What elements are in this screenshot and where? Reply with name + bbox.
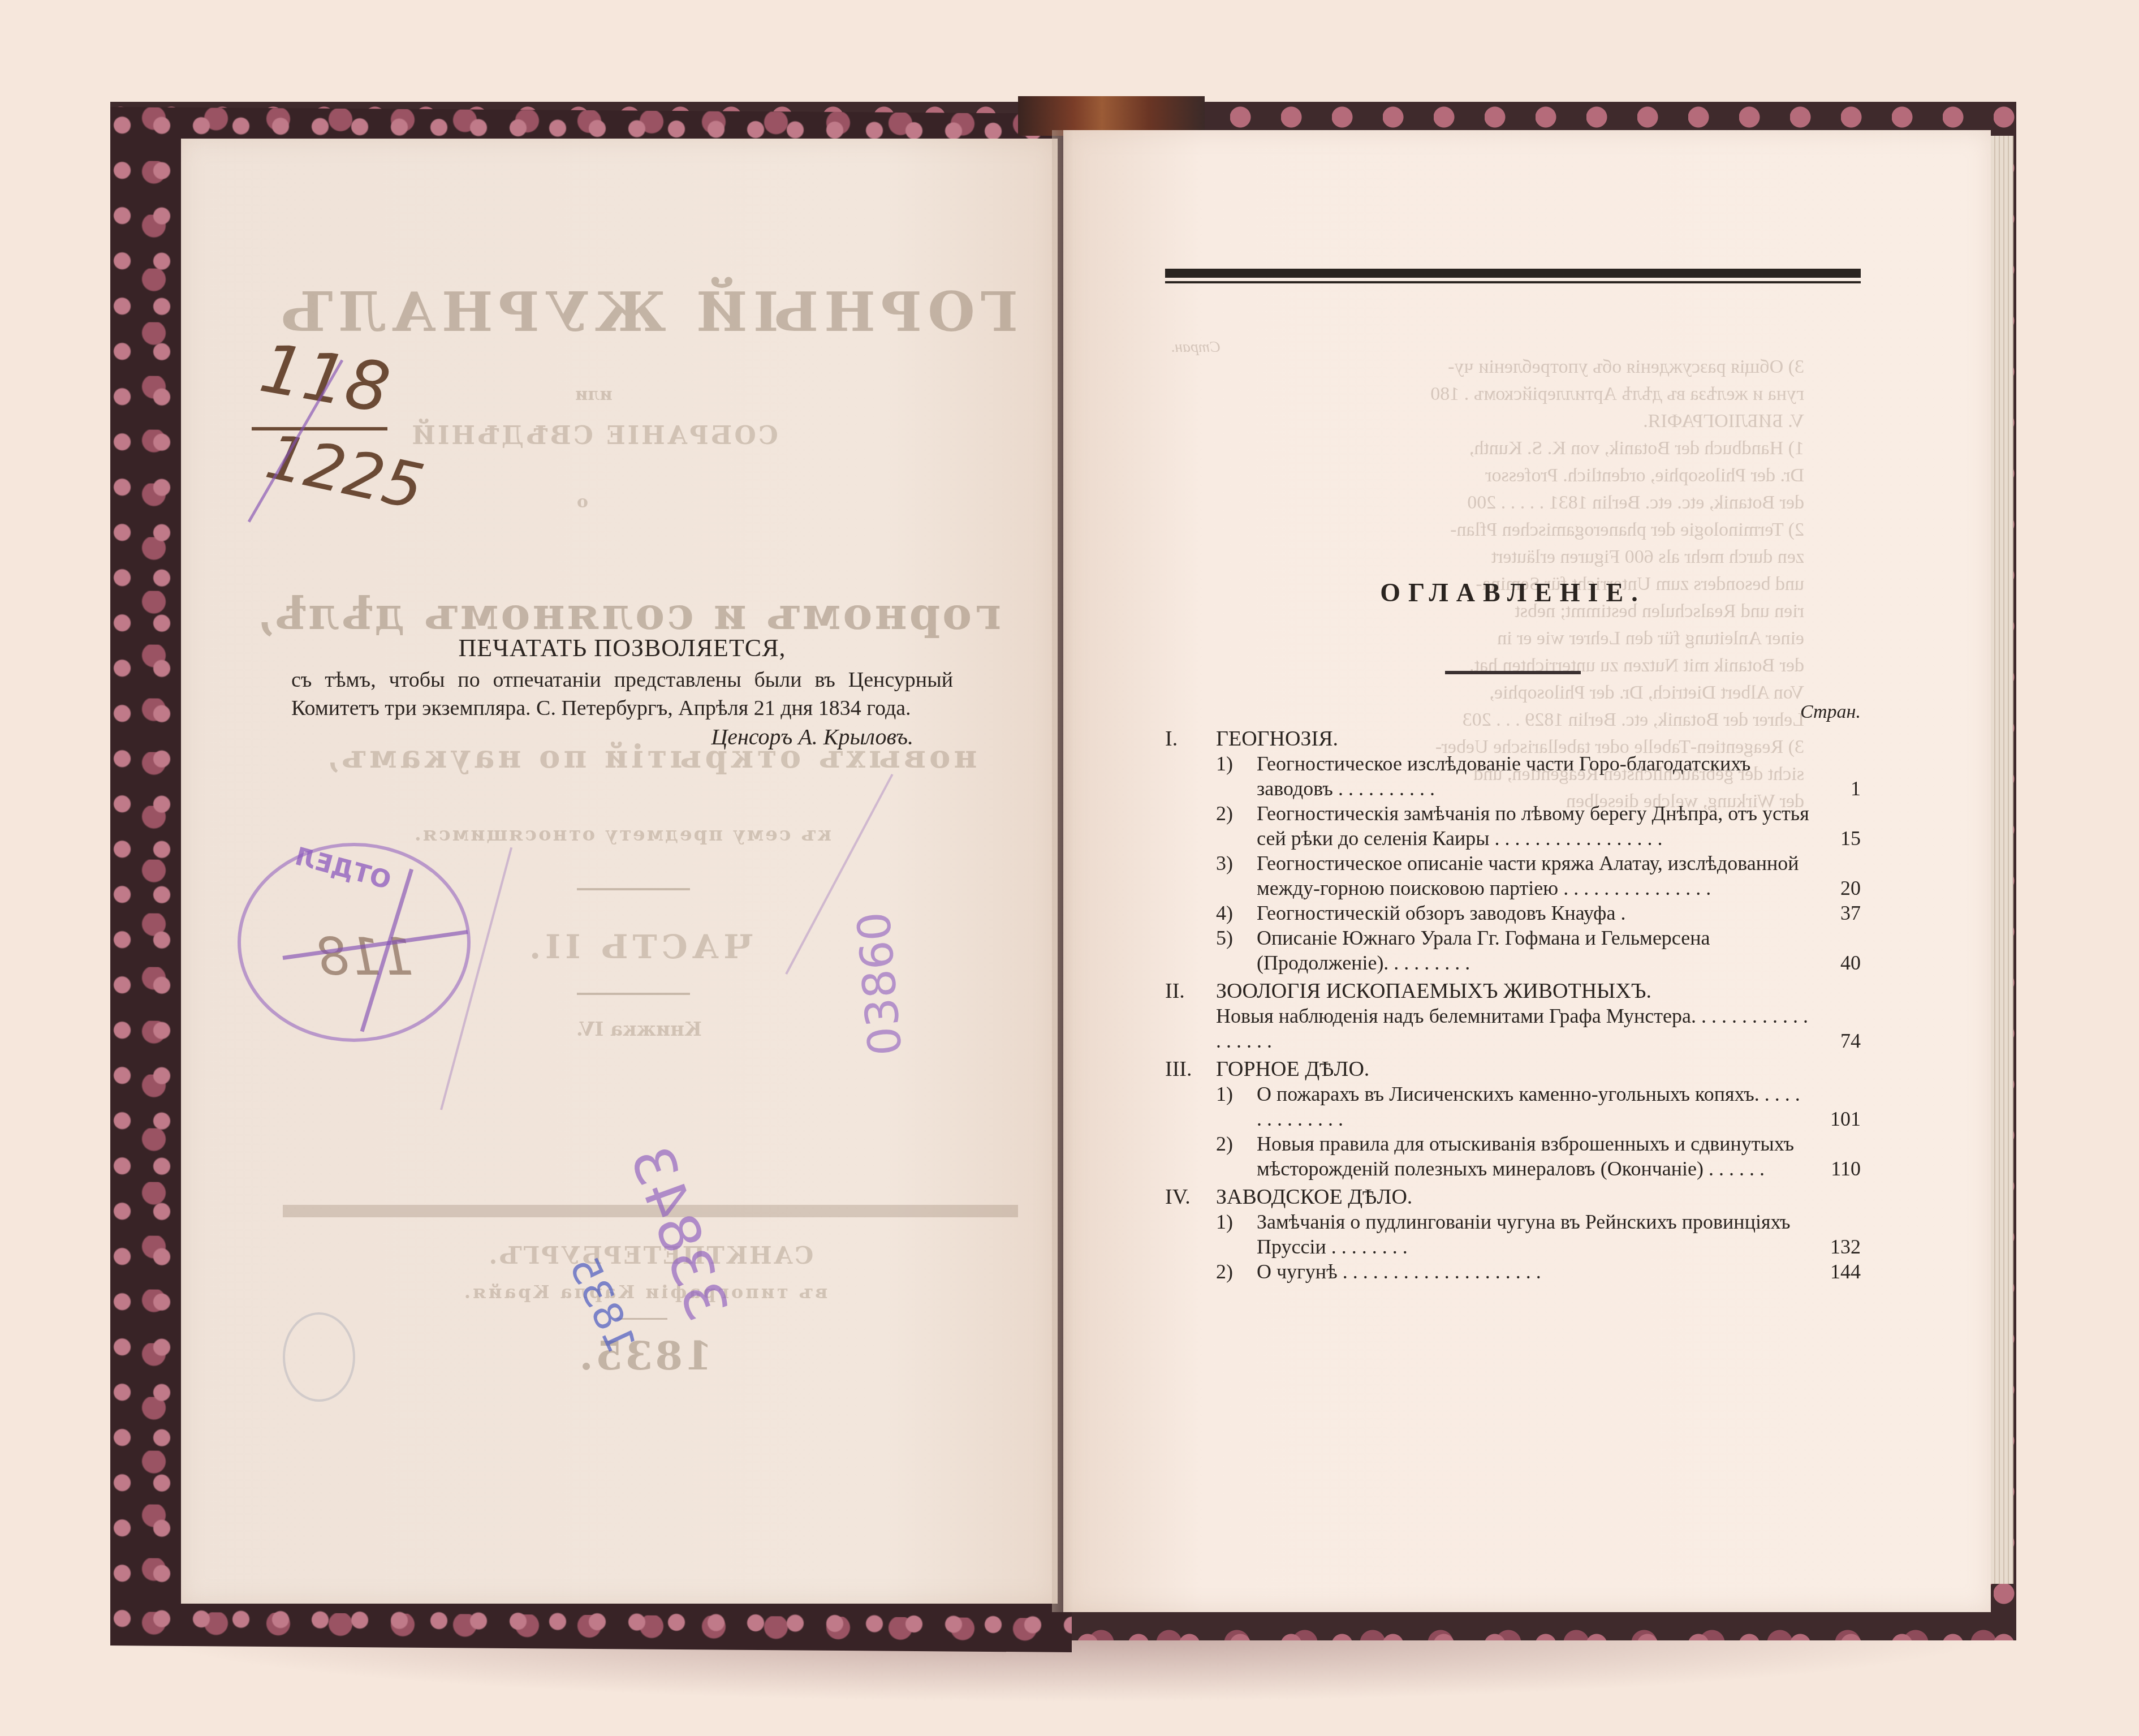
- entry-title: Описаніе Южнаго Урала Гг. Гофмана и Гель…: [1257, 925, 1810, 975]
- section-title: ЗООЛОГІЯ ИСКОПАЕМЫХЪ ЖИВОТНЫХЪ.: [1216, 979, 1651, 1003]
- toc-section: I. ГЕОГНОЗІЯ.: [1165, 726, 1861, 751]
- entry-number: 1): [1216, 751, 1257, 776]
- page-edges: [1991, 136, 2013, 1584]
- entry-page: 40: [1810, 950, 1861, 975]
- entry-title: О пожарахъ въ Лисиченскихъ каменно-уголь…: [1257, 1082, 1810, 1131]
- bleed-subject: горномъ и соляномъ дѣлѣ,: [266, 588, 1001, 640]
- toc-entry: 3) Геогностическое описаніе части кряжа …: [1165, 851, 1861, 901]
- bleed-title: ГОРНЫЙ ЖУРНАЛЪ: [283, 280, 1018, 344]
- bleed-about: о: [554, 492, 611, 512]
- entry-number: 2): [1216, 1259, 1257, 1284]
- entry-number: 1): [1216, 1082, 1257, 1106]
- toc-entry: 5) Описаніе Южнаго Урала Гг. Гофмана и Г…: [1165, 925, 1861, 975]
- bleed-part: ЧАСТЬ II.: [520, 928, 758, 966]
- section-numeral: II.: [1165, 979, 1216, 1003]
- entry-number: 3): [1216, 851, 1257, 876]
- header-rule-thick: [1165, 269, 1861, 278]
- entry-page: 37: [1810, 901, 1861, 925]
- toc-section: II. ЗООЛОГІЯ ИСКОПАЕМЫХЪ ЖИВОТНЫХЪ.: [1165, 979, 1861, 1003]
- toc-section: III. ГОРНОЕ ДѢЛО.: [1165, 1057, 1861, 1082]
- section-numeral: III.: [1165, 1057, 1216, 1082]
- entry-page: 74: [1810, 1028, 1861, 1053]
- toc-entry: 2) О чугунѣ . . . . . . . . . . . . . . …: [1165, 1259, 1861, 1284]
- toc-heading: ОГЛАВЛЕНІЕ.: [1165, 578, 1861, 608]
- entry-title: Замѣчанія о пудлингованіи чугуна въ Рейн…: [1257, 1209, 1810, 1259]
- toc-entry: 4) Геогностическій обзоръ заводовъ Кнауф…: [1165, 901, 1861, 925]
- bleed-book: Книжка IV.: [554, 1018, 724, 1041]
- entry-title: Геогностическія замѣчанія по лѣвому бере…: [1257, 801, 1810, 851]
- bleed-related: къ сему предмету относящимся.: [396, 823, 848, 846]
- censor-approval: ПЕЧАТАТЬ ПОЗВОЛЯЕТСЯ, съ тѣмъ, чтобы по …: [291, 634, 953, 750]
- toc-heading-underline: [1445, 671, 1581, 674]
- bleed-rule-2: [577, 993, 690, 995]
- entry-number: 2): [1216, 801, 1257, 826]
- censor-title: ПЕЧАТАТЬ ПОЗВОЛЯЕТСЯ,: [291, 634, 953, 662]
- entry-title: О чугунѣ . . . . . . . . . . . . . . . .…: [1257, 1259, 1810, 1284]
- entry-title: Геогностическое описаніе части кряжа Ала…: [1257, 851, 1810, 901]
- table-of-contents: ОГЛАВЛЕНІЕ. Стран. I. ГЕОГНОЗІЯ. 1) Геог…: [1165, 269, 1861, 1284]
- gutter: [1052, 130, 1075, 1612]
- entry-title: Новыя наблюденія надъ белемнитами Графа …: [1216, 1003, 1810, 1053]
- section-title: ГЕОГНОЗІЯ.: [1216, 726, 1338, 751]
- toc-entry: 1) Геогностическое изслѣдованіе части Го…: [1165, 751, 1861, 801]
- entry-page: 1: [1810, 776, 1861, 801]
- pages-column-label: Стран.: [1165, 701, 1861, 723]
- toc-entry: 1) Замѣчанія о пудлингованіи чугуна въ Р…: [1165, 1209, 1861, 1259]
- bleed-printer: въ типографіи Карла Крайя.: [419, 1281, 871, 1303]
- header-rule-thin: [1165, 281, 1861, 283]
- entry-title: Геогностическое изслѣдованіе части Горо-…: [1257, 751, 1810, 801]
- section-title: ЗАВОДСКОЕ ДѢЛО.: [1216, 1184, 1412, 1209]
- stamp-number: 118: [317, 928, 414, 987]
- bleed-subtitle: СОБРАНІЕ СВѢДѢНІЙ: [396, 421, 792, 450]
- entry-page: 144: [1810, 1259, 1861, 1284]
- entry-number: 1): [1216, 1209, 1257, 1234]
- entry-page: 101: [1810, 1106, 1861, 1131]
- entry-page: 132: [1810, 1234, 1861, 1259]
- toc-section: IV. ЗАВОДСКОЕ ДѢЛО.: [1165, 1184, 1861, 1209]
- section-title: ГОРНОЕ ДѢЛО.: [1216, 1057, 1369, 1082]
- censor-body: съ тѣмъ, чтобы по отпечатаніи представле…: [291, 666, 953, 722]
- entry-number: 4): [1216, 901, 1257, 925]
- toc-entry: Новыя наблюденія надъ белемнитами Графа …: [1165, 1003, 1861, 1053]
- bleed-or: или: [537, 385, 650, 404]
- faint-circle-mark: [283, 1312, 355, 1402]
- bleed-year: 1835.: [554, 1332, 735, 1379]
- entry-page: 20: [1810, 876, 1861, 901]
- section-numeral: IV.: [1165, 1184, 1216, 1209]
- entry-page: 15: [1810, 826, 1861, 851]
- bleed-rule-1: [577, 888, 690, 890]
- toc-entry: 1) О пожарахъ въ Лисиченскихъ каменно-уг…: [1165, 1082, 1861, 1131]
- toc-entry: 2) Новыя правила для отыскиванія взброше…: [1165, 1131, 1861, 1181]
- entry-number: 2): [1216, 1131, 1257, 1156]
- section-numeral: I.: [1165, 726, 1216, 751]
- entry-title: Новыя правила для отыскиванія взброшенны…: [1257, 1131, 1810, 1181]
- toc-entry: 2) Геогностическія замѣчанія по лѣвому б…: [1165, 801, 1861, 851]
- entry-title: Геогностическій обзоръ заводовъ Кнауфа .: [1257, 901, 1810, 925]
- entry-number: 5): [1216, 925, 1257, 950]
- censor-signature: Ценсоръ А. Крыловъ.: [291, 723, 953, 750]
- entry-page: 110: [1810, 1156, 1861, 1181]
